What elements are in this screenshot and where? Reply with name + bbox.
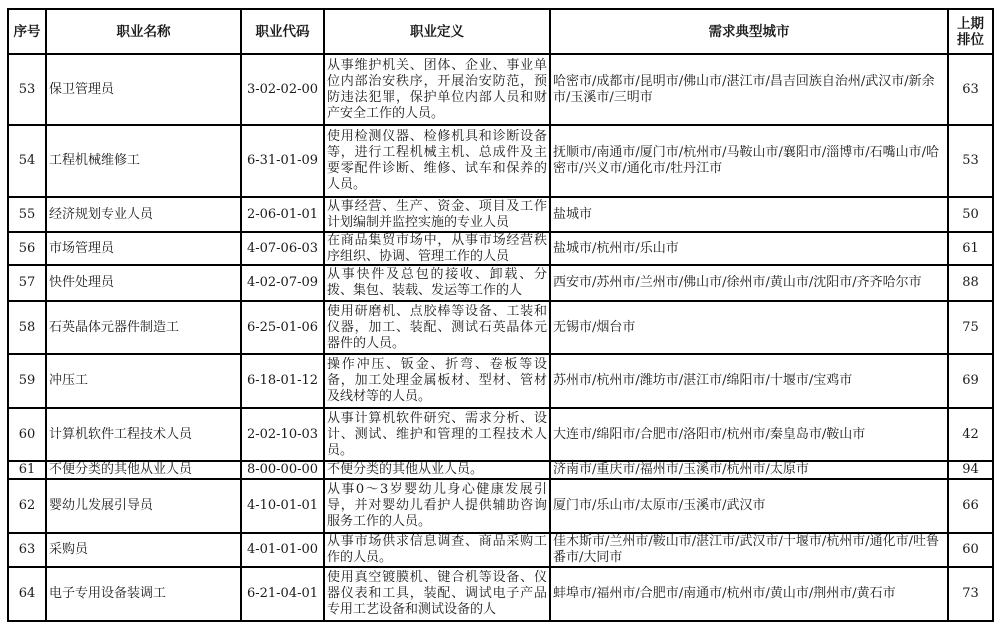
row-demand-cities: 盐城市/杭州市/乐山市 bbox=[550, 232, 948, 265]
table-row: 59 冲压工 6-18-01-12 操作冲压、钣金、折弯、卷板等设备，加工处理金… bbox=[8, 354, 993, 408]
row-definition-text: 从事市场供求信息调查、商品采购工作的人员。 bbox=[327, 534, 547, 566]
row-occupation-name: 石英晶体元器件制造工 bbox=[46, 301, 241, 354]
row-index: 57 bbox=[8, 265, 46, 301]
row-occupation-code: 4-10-01-01 bbox=[241, 479, 324, 533]
row-definition-text: 不便分类的其他从业人员。 bbox=[327, 462, 547, 478]
row-occupation-code: 6-25-01-06 bbox=[241, 301, 324, 354]
row-definition: 操作冲压、钣金、折弯、卷板等设备，加工处理金属板材、型材、管材及线材等的人员。 bbox=[324, 354, 550, 408]
row-occupation-name: 计算机软件工程技术人员 bbox=[46, 408, 241, 461]
row-index: 63 bbox=[8, 533, 46, 567]
row-previous-rank: 73 bbox=[948, 567, 993, 621]
table-row: 64 电子专用设备装调工 6-21-04-01 使用真空镀膜机、键合机等设备、仪… bbox=[8, 567, 993, 621]
row-definition: 从事经营、生产、资金、项目及工作计划编制并监控实施的专业人员 bbox=[324, 197, 550, 232]
row-definition: 在商品集贸市场中，从事市场经营秩序组织、协调、管理工作的人员 bbox=[324, 232, 550, 265]
row-occupation-name: 市场管理员 bbox=[46, 232, 241, 265]
row-demand-cities: 哈密市/成都市/昆明市/佛山市/湛江市/昌吉回族自治州/武汉市/新余市/玉溪市/… bbox=[550, 54, 948, 125]
table-row: 57 快件处理员 4-02-07-09 从事快件及总包的接收、卸载、分拨、集包、… bbox=[8, 265, 993, 301]
row-demand-cities: 西安市/苏州市/兰州市/佛山市/徐州市/黄山市/沈阳市/齐齐哈尔市 bbox=[550, 265, 948, 301]
table-row: 60 计算机软件工程技术人员 2-02-10-03 从事计算机软件研究、需求分析… bbox=[8, 408, 993, 461]
row-index: 54 bbox=[8, 125, 46, 197]
row-index: 58 bbox=[8, 301, 46, 354]
row-demand-cities: 无锡市/烟台市 bbox=[550, 301, 948, 354]
row-index: 62 bbox=[8, 479, 46, 533]
row-definition: 从事计算机软件研究、需求分析、设计、测试、维护和管理的工程技术人员。 bbox=[324, 408, 550, 461]
row-definition: 从事0～3岁婴幼儿身心健康发展引导，并对婴幼儿看护人提供辅助咨询服务工作的人员。 bbox=[324, 479, 550, 533]
row-previous-rank: 60 bbox=[948, 533, 993, 567]
row-demand-cities: 苏州市/杭州市/潍坊市/湛江市/绵阳市/十堰市/宝鸡市 bbox=[550, 354, 948, 408]
row-definition: 使用研磨机、点胶棒等设备、工装和仪器，加工、装配、测试石英晶体元器件的人员。 bbox=[324, 301, 550, 354]
row-definition: 使用真空镀膜机、键合机等设备、仪器仪表和工具，装配、调试电子产品专用工艺设备和测… bbox=[324, 567, 550, 621]
row-definition: 不便分类的其他从业人员。 bbox=[324, 461, 550, 479]
row-occupation-name: 冲压工 bbox=[46, 354, 241, 408]
row-definition: 从事维护机关、团体、企业、事业单位内部治安秩序，开展治安防范，预防违法犯罪，保护… bbox=[324, 54, 550, 125]
row-definition-text: 使用研磨机、点胶棒等设备、工装和仪器，加工、装配、测试石英晶体元器件的人员。 bbox=[327, 304, 547, 352]
row-occupation-name: 经济规划专业人员 bbox=[46, 197, 241, 232]
header-occupation-code: 职业代码 bbox=[241, 9, 324, 54]
row-occupation-code: 6-31-01-09 bbox=[241, 125, 324, 197]
row-occupation-code: 2-06-01-01 bbox=[241, 197, 324, 232]
row-definition-text: 操作冲压、钣金、折弯、卷板等设备，加工处理金属板材、型材、管材及线材等的人员。 bbox=[327, 357, 547, 405]
header-demand-cities: 需求典型城市 bbox=[550, 9, 948, 54]
row-demand-cities: 佳木斯市/兰州市/鞍山市/湛江市/武汉市/十堰市/杭州市/通化市/吐鲁番市/大同… bbox=[550, 533, 948, 567]
row-occupation-name: 采购员 bbox=[46, 533, 241, 567]
table-header-row: 序号 职业名称 职业代码 职业定义 需求典型城市 上期排位 bbox=[8, 9, 993, 54]
row-occupation-name: 保卫管理员 bbox=[46, 54, 241, 125]
row-index: 53 bbox=[8, 54, 46, 125]
row-occupation-code: 3-02-02-00 bbox=[241, 54, 324, 125]
row-previous-rank: 53 bbox=[948, 125, 993, 197]
row-previous-rank: 88 bbox=[948, 265, 993, 301]
row-previous-rank: 50 bbox=[948, 197, 993, 232]
table-row: 54 工程机械维修工 6-31-01-09 使用检测仪器、检修机具和诊断设备等，… bbox=[8, 125, 993, 197]
row-occupation-code: 4-07-06-03 bbox=[241, 232, 324, 265]
row-previous-rank: 61 bbox=[948, 232, 993, 265]
row-definition: 使用检测仪器、检修机具和诊断设备等，进行工程机械主机、总成件及主要零配件诊断、维… bbox=[324, 125, 550, 197]
row-previous-rank: 42 bbox=[948, 408, 993, 461]
row-definition-text: 使用检测仪器、检修机具和诊断设备等，进行工程机械主机、总成件及主要零配件诊断、维… bbox=[327, 129, 547, 193]
row-index: 56 bbox=[8, 232, 46, 265]
row-previous-rank: 63 bbox=[948, 54, 993, 125]
table-row: 55 经济规划专业人员 2-06-01-01 从事经营、生产、资金、项目及工作计… bbox=[8, 197, 993, 232]
header-previous-rank: 上期排位 bbox=[948, 9, 993, 54]
row-demand-cities: 蚌埠市/福州市/合肥市/南通市/杭州市/黄山市/荆州市/黄石市 bbox=[550, 567, 948, 621]
row-occupation-name: 不便分类的其他从业人员 bbox=[46, 461, 241, 479]
row-demand-cities-text: 西安市/苏州市/兰州市/佛山市/徐州市/黄山市/沈阳市/齐齐哈尔市 bbox=[553, 275, 945, 291]
row-previous-rank: 66 bbox=[948, 479, 993, 533]
row-demand-cities: 抚顺市/南通市/厦门市/杭州市/马鞍山市/襄阳市/淄博市/石嘴山市/哈密市/兴义… bbox=[550, 125, 948, 197]
row-demand-cities: 济南市/重庆市/福州市/玉溪市/杭州市/太原市 bbox=[550, 461, 948, 479]
row-definition-text: 从事维护机关、团体、企业、事业单位内部治安秩序，开展治安防范，预防违法犯罪，保护… bbox=[327, 58, 547, 122]
row-index: 60 bbox=[8, 408, 46, 461]
table-row: 63 采购员 4-01-01-00 从事市场供求信息调查、商品采购工作的人员。 … bbox=[8, 533, 993, 567]
table-row: 61 不便分类的其他从业人员 8-00-00-00 不便分类的其他从业人员。 济… bbox=[8, 461, 993, 479]
row-index: 61 bbox=[8, 461, 46, 479]
row-occupation-code: 6-21-04-01 bbox=[241, 567, 324, 621]
row-demand-cities: 厦门市/乐山市/太原市/玉溪市/武汉市 bbox=[550, 479, 948, 533]
row-demand-cities-text: 佳木斯市/兰州市/鞍山市/湛江市/武汉市/十堰市/杭州市/通化市/吐鲁番市/大同… bbox=[553, 534, 945, 566]
row-previous-rank: 69 bbox=[948, 354, 993, 408]
header-occupation-definition: 职业定义 bbox=[324, 9, 550, 54]
row-occupation-code: 2-02-10-03 bbox=[241, 408, 324, 461]
row-definition-text: 从事经营、生产、资金、项目及工作计划编制并监控实施的专业人员 bbox=[327, 199, 547, 231]
row-occupation-code: 8-00-00-00 bbox=[241, 461, 324, 479]
row-definition: 从事快件及总包的接收、卸载、分拨、集包、装载、发运等工作的人 bbox=[324, 265, 550, 301]
table-row: 56 市场管理员 4-07-06-03 在商品集贸市场中，从事市场经营秩序组织、… bbox=[8, 232, 993, 265]
row-occupation-name: 婴幼儿发展引导员 bbox=[46, 479, 241, 533]
table-row: 53 保卫管理员 3-02-02-00 从事维护机关、团体、企业、事业单位内部治… bbox=[8, 54, 993, 125]
row-occupation-code: 4-02-07-09 bbox=[241, 265, 324, 301]
table-row: 62 婴幼儿发展引导员 4-10-01-01 从事0～3岁婴幼儿身心健康发展引导… bbox=[8, 479, 993, 533]
row-definition-text: 使用真空镀膜机、键合机等设备、仪器仪表和工具，装配、调试电子产品专用工艺设备和测… bbox=[327, 570, 547, 618]
row-index: 59 bbox=[8, 354, 46, 408]
row-occupation-code: 4-01-01-00 bbox=[241, 533, 324, 567]
row-demand-cities: 盐城市 bbox=[550, 197, 948, 232]
row-definition-text: 在商品集贸市场中，从事市场经营秩序组织、协调、管理工作的人员 bbox=[327, 233, 547, 264]
row-index: 64 bbox=[8, 567, 46, 621]
row-index: 55 bbox=[8, 197, 46, 232]
occupation-table: 序号 职业名称 职业代码 职业定义 需求典型城市 上期排位 53 保卫管理员 3… bbox=[7, 8, 994, 622]
row-occupation-code: 6-18-01-12 bbox=[241, 354, 324, 408]
row-previous-rank: 75 bbox=[948, 301, 993, 354]
row-occupation-name: 快件处理员 bbox=[46, 265, 241, 301]
row-definition-text: 从事快件及总包的接收、卸载、分拨、集包、装载、发运等工作的人 bbox=[327, 267, 547, 299]
row-previous-rank: 94 bbox=[948, 461, 993, 479]
table-row: 58 石英晶体元器件制造工 6-25-01-06 使用研磨机、点胶棒等设备、工装… bbox=[8, 301, 993, 354]
header-index: 序号 bbox=[8, 9, 46, 54]
row-occupation-name: 工程机械维修工 bbox=[46, 125, 241, 197]
row-definition-text: 从事0～3岁婴幼儿身心健康发展引导，并对婴幼儿看护人提供辅助咨询服务工作的人员。 bbox=[327, 482, 547, 530]
row-definition-text: 从事计算机软件研究、需求分析、设计、测试、维护和管理的工程技术人员。 bbox=[327, 411, 547, 459]
row-demand-cities: 大连市/绵阳市/合肥市/洛阳市/杭州市/秦皇岛市/鞍山市 bbox=[550, 408, 948, 461]
header-occupation-name: 职业名称 bbox=[46, 9, 241, 54]
row-occupation-name: 电子专用设备装调工 bbox=[46, 567, 241, 621]
row-definition: 从事市场供求信息调查、商品采购工作的人员。 bbox=[324, 533, 550, 567]
